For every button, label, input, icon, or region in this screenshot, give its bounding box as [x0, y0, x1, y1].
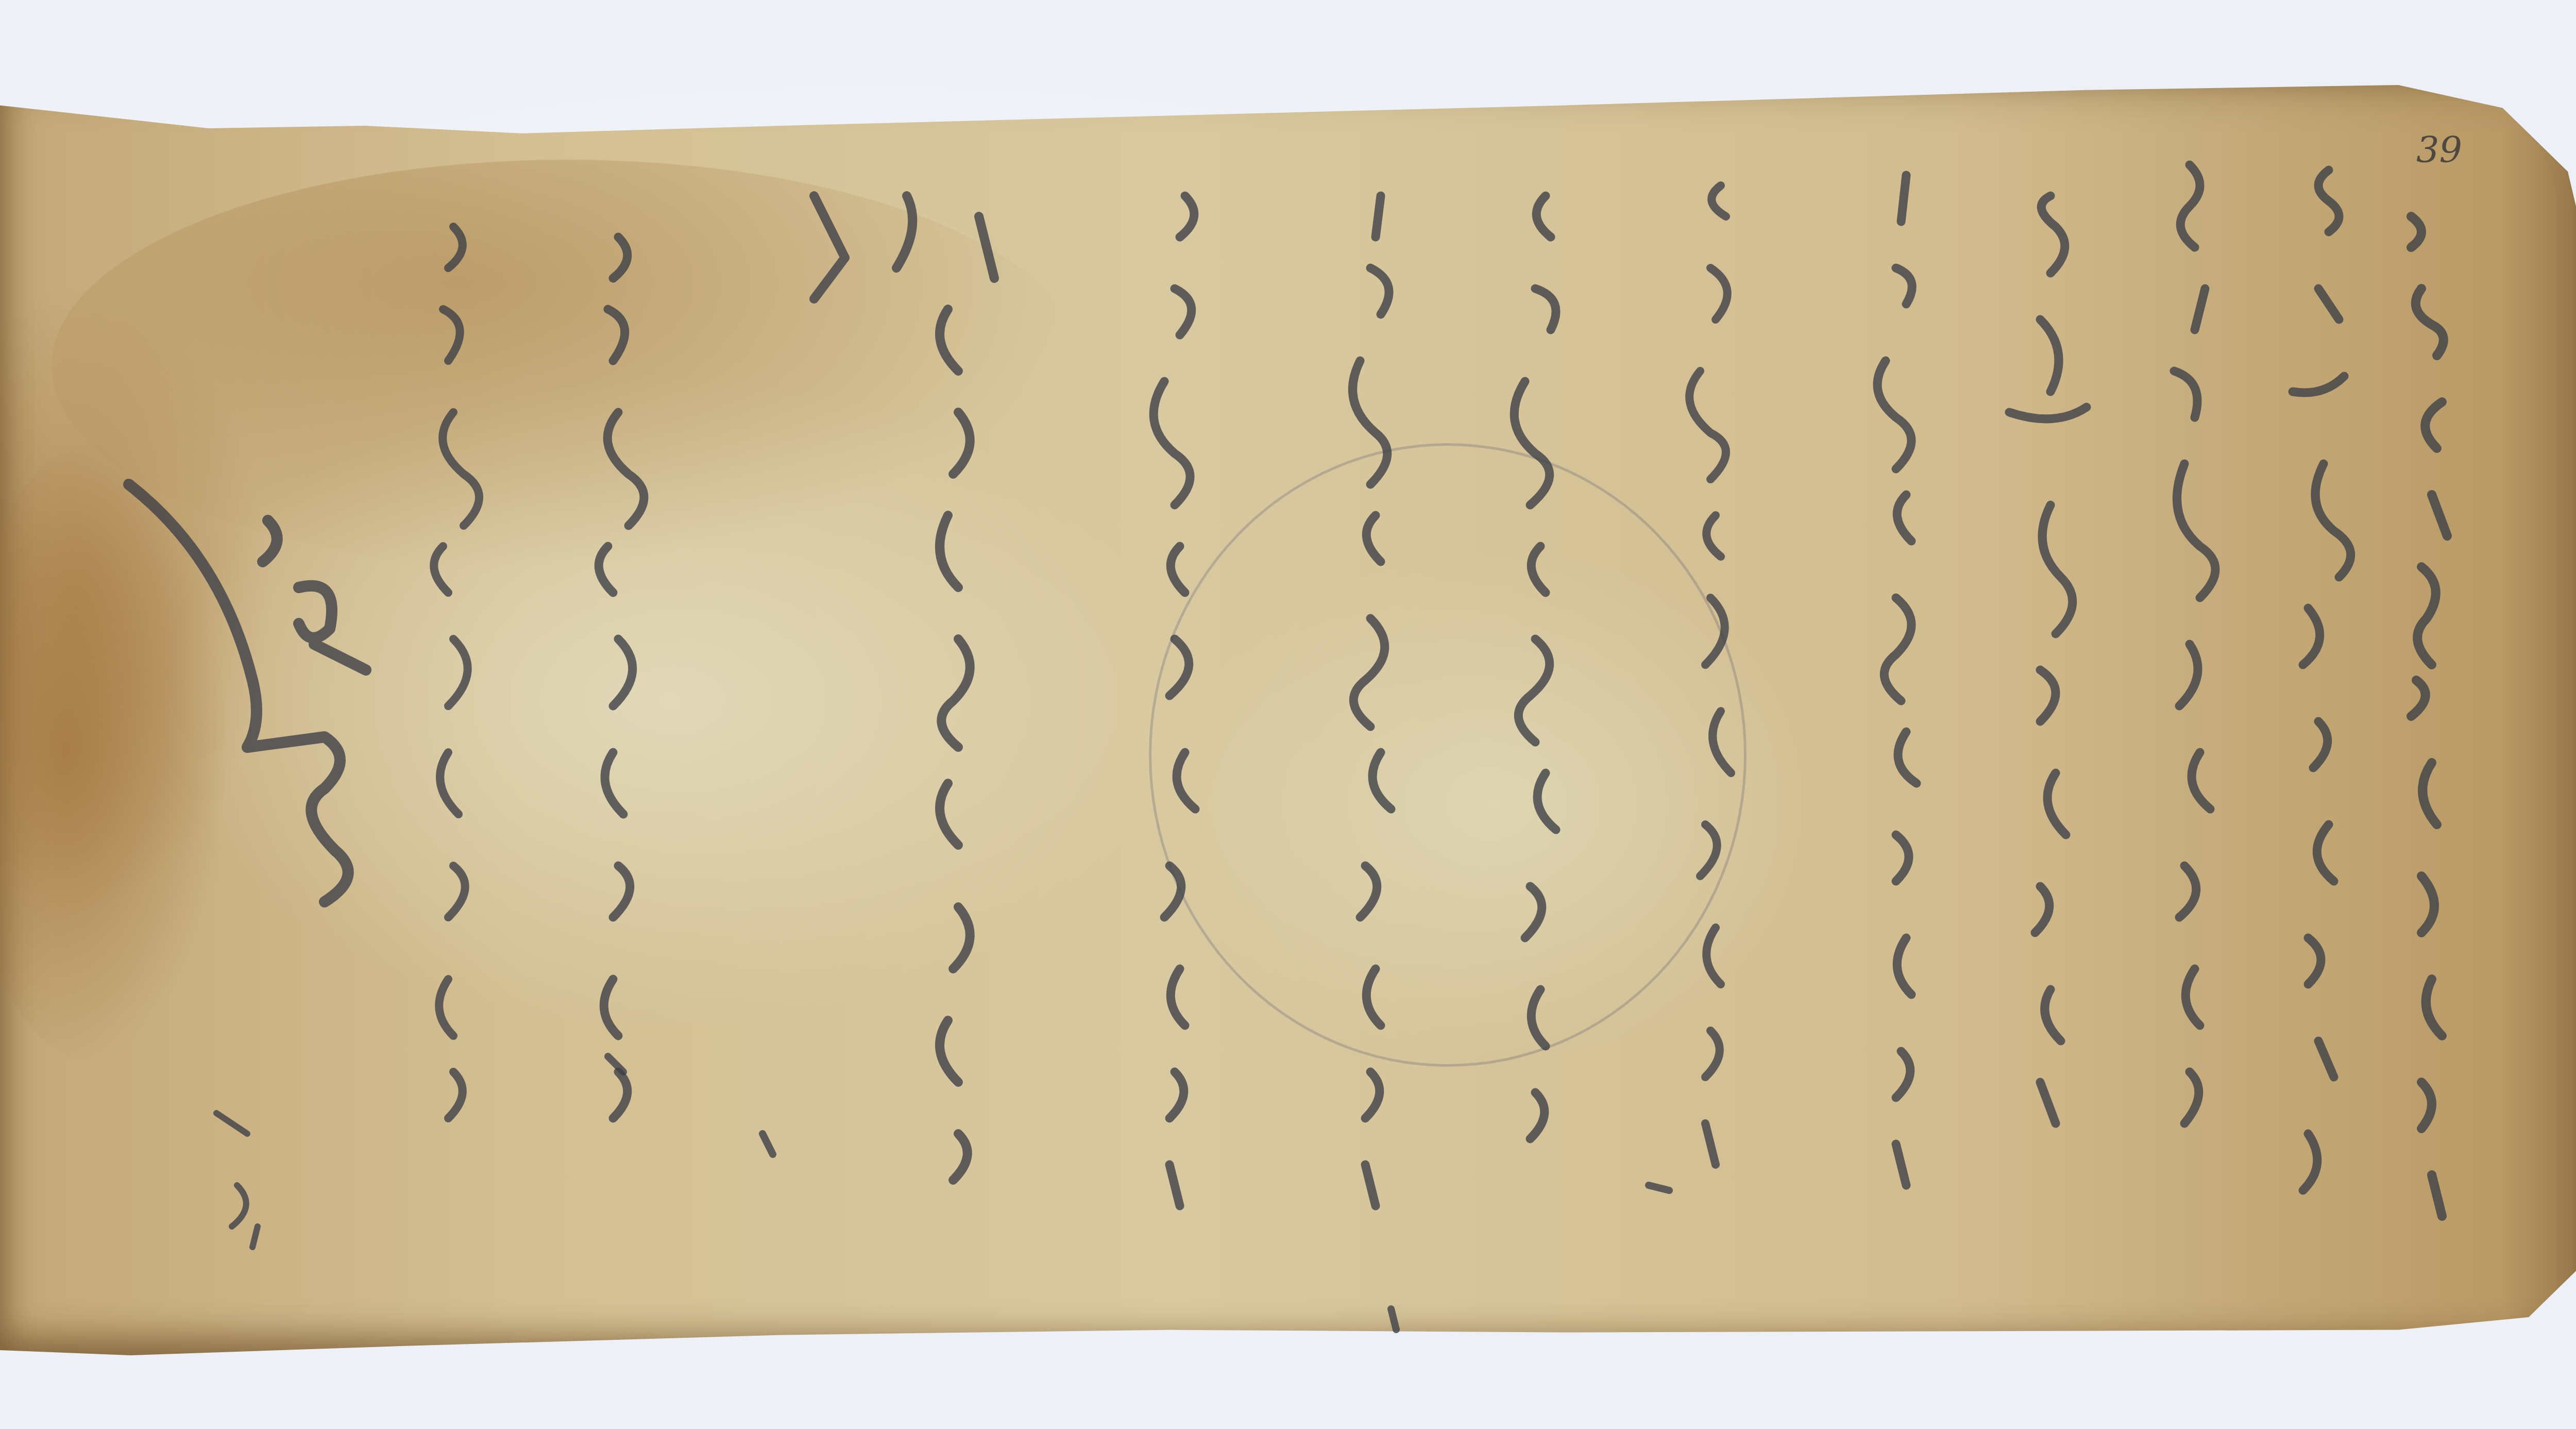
water-stain-top [52, 160, 1082, 572]
seal-stamp-circle [1149, 443, 1747, 1067]
folio-number: 39 [2416, 129, 2462, 171]
water-stain-left [0, 443, 227, 1062]
